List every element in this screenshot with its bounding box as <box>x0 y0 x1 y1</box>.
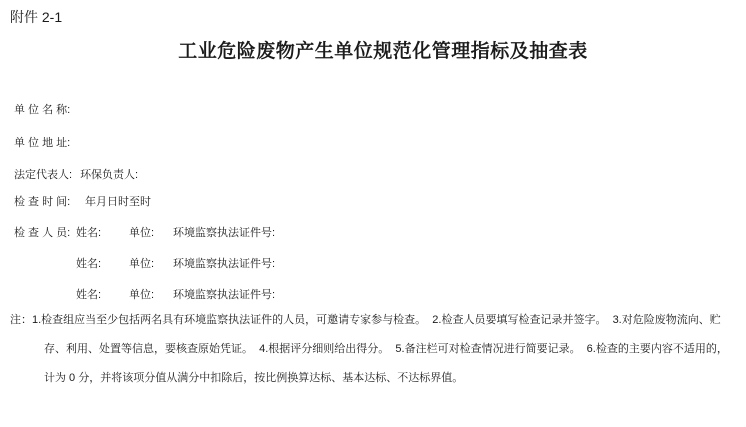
legal-representative-label: 法定代表人: <box>14 169 72 181</box>
inspector-unit-label: 单位: <box>129 257 173 271</box>
inspection-time-value: 年月日时至时 <box>85 196 151 208</box>
unit-name-label: 单 位 名 称: <box>14 104 70 116</box>
inspector-row: 检 查 人 员:姓名:单位:环境监察执法证件号: <box>14 226 275 240</box>
inspector-unit-label: 单位: <box>129 226 173 240</box>
inspector-row: 姓名:单位:环境监察执法证件号: <box>14 257 275 271</box>
inspection-time-row: 检 查 时 间:年月日时至时 <box>14 195 151 209</box>
document-title: 工业危险废物产生单位规范化管理指标及抽查表 <box>0 36 746 63</box>
env-officer-label: 环保负责人: <box>80 169 138 181</box>
inspection-time-label: 检 查 时 间: <box>14 195 76 209</box>
document-page: 附件 2-1 工业危险废物产生单位规范化管理指标及抽查表 单 位 名 称: 单 … <box>0 0 746 427</box>
inspector-name-label: 姓名: <box>76 288 129 302</box>
inspector-row: 姓名:单位:环境监察执法证件号: <box>14 288 275 302</box>
unit-address-row: 单 位 地 址: <box>14 136 70 150</box>
note-line: 存、利用、处置等信息，要核查原始凭证。 4.根据评分细则给出得分。 5.备注栏可… <box>44 342 728 356</box>
inspector-cert-label: 环境监察执法证件号: <box>173 258 275 270</box>
inspector-unit-label: 单位: <box>129 288 173 302</box>
inspector-name-label: 姓名: <box>76 257 129 271</box>
inspector-cert-label: 环境监察执法证件号: <box>173 227 275 239</box>
inspectors-label: 检 查 人 员: <box>14 226 76 240</box>
unit-address-label: 单 位 地 址: <box>14 137 70 149</box>
unit-name-row: 单 位 名 称: <box>14 103 70 117</box>
legal-representative-row: 法定代表人:环保负责人: <box>14 168 138 182</box>
inspector-name-label: 姓名: <box>76 226 129 240</box>
attachment-label: 附件 2-1 <box>10 7 62 27</box>
inspector-cert-label: 环境监察执法证件号: <box>173 289 275 301</box>
note-line: 计为 0 分，并将该项分值从满分中扣除后，按比例换算达标、基本达标、不达标界值。 <box>44 371 463 385</box>
note-line: 注：1.检查组应当至少包括两名具有环境监察执法证件的人员，可邀请专家参与检查。 … <box>10 313 721 327</box>
